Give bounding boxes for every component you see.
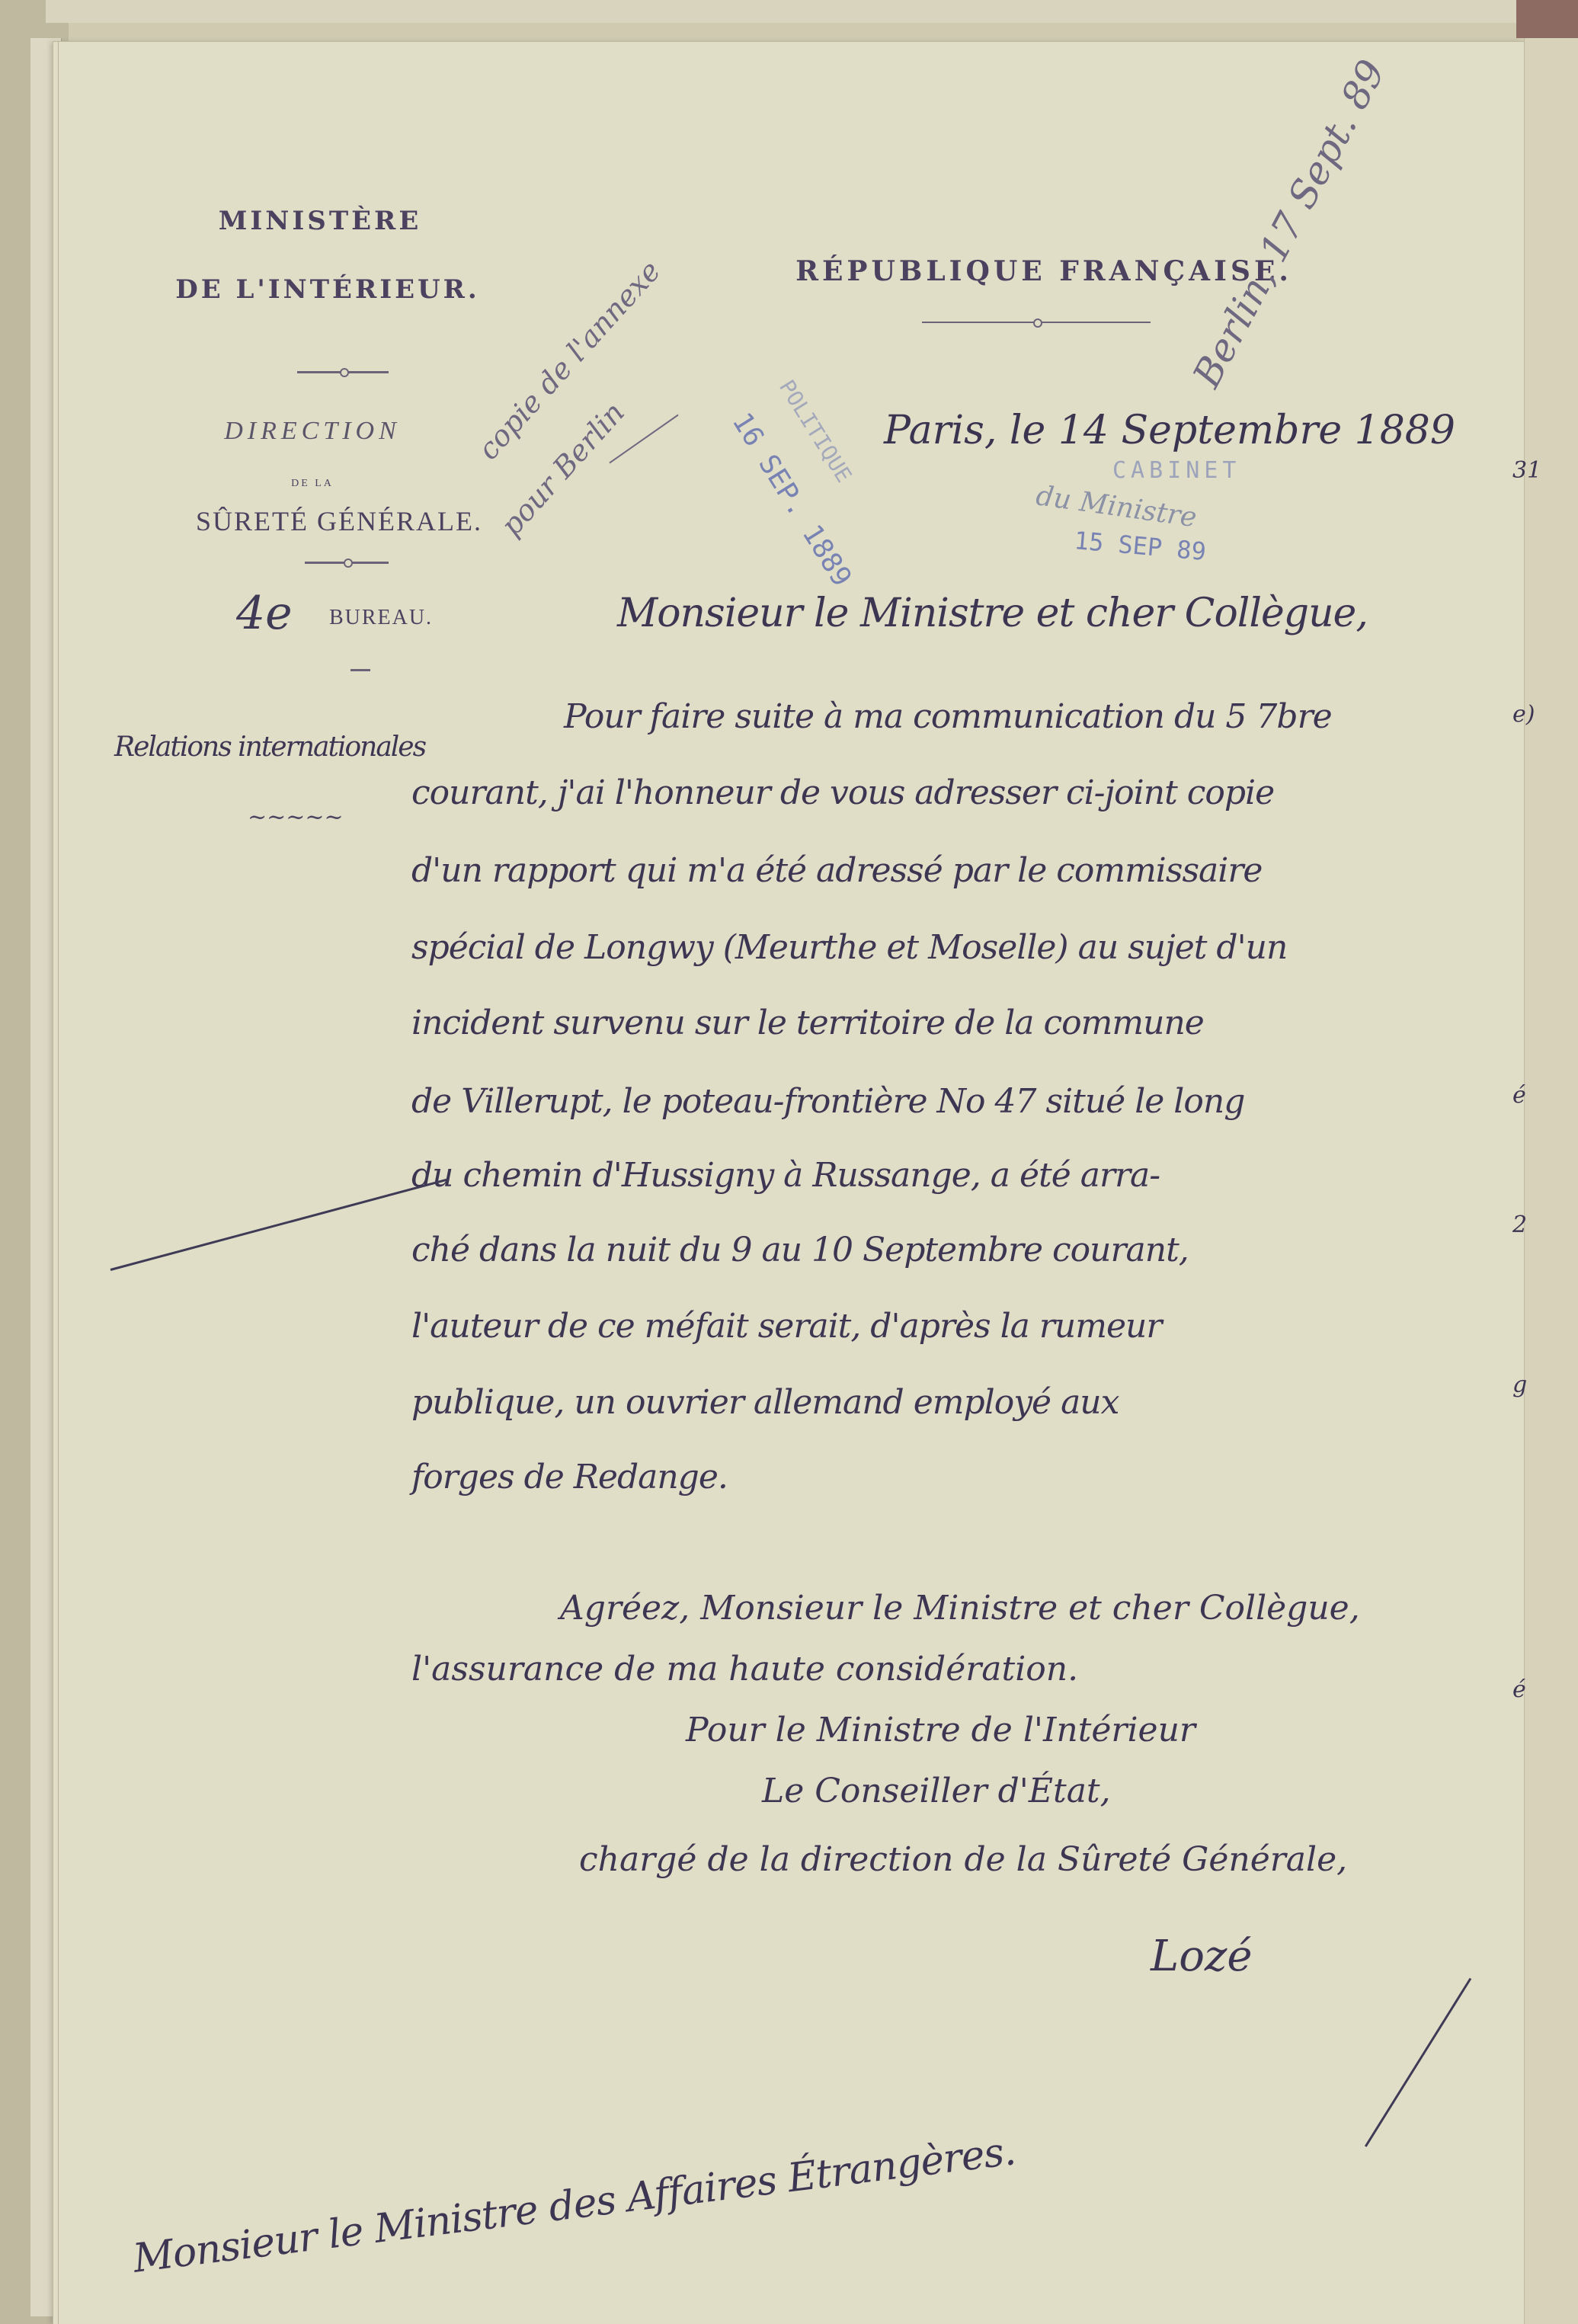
background-sheet-right bbox=[1524, 38, 1578, 2324]
background-object-top-right bbox=[1516, 0, 1578, 38]
edge-mark: 31 bbox=[1512, 457, 1541, 484]
closing-line: l'assurance de ma haute considération. bbox=[411, 1650, 1078, 1689]
letterhead-surete: SÛRETÉ GÉNÉRALE. bbox=[168, 505, 511, 537]
background-sheet-top bbox=[46, 0, 1570, 23]
letterhead-direction: DIRECTION bbox=[190, 417, 434, 446]
salutation: Monsieur le Ministre et cher Collègue, bbox=[617, 591, 1368, 636]
ornament-divider bbox=[922, 322, 1151, 323]
letterhead-bureau: BUREAU. bbox=[320, 606, 442, 630]
stamp-du-ministre: du Ministre bbox=[1034, 480, 1199, 533]
addressee: Monsieur le Ministre des Affaires Étrang… bbox=[130, 2128, 1017, 2282]
closing-line: chargé de la direction de la Sûreté Géné… bbox=[579, 1840, 1347, 1879]
squiggle-mark: ~~~~~ bbox=[248, 804, 344, 831]
signature-flourish bbox=[1365, 1978, 1471, 2147]
edge-mark: 2 bbox=[1512, 1212, 1527, 1238]
body-line: du chemin d'Hussigny à Russange, a été a… bbox=[411, 1156, 1160, 1195]
body-line: Pour faire suite à ma communication du 5… bbox=[564, 697, 1332, 736]
ornament-divider bbox=[305, 562, 389, 564]
body-line: publique, un ouvrier allemand employé au… bbox=[411, 1383, 1119, 1422]
edge-mark: é bbox=[1512, 1082, 1526, 1109]
body-line: d'un rapport qui m'a été adressé par le … bbox=[411, 851, 1262, 890]
margin-diagonal-line bbox=[110, 1178, 450, 1271]
stamp-received-16-sep: 16 SEP. 1889 bbox=[726, 408, 858, 592]
letterhead-interieur: DE L'INTÉRIEUR. bbox=[137, 274, 518, 305]
letter-page: MINISTÈRE DE L'INTÉRIEUR. DIRECTION DE L… bbox=[53, 42, 1524, 2324]
signature: Lozé bbox=[1151, 1932, 1253, 1981]
letterhead-de-la: DE LA bbox=[267, 478, 358, 490]
body-line: l'auteur de ce méfait serait, d'après la… bbox=[411, 1307, 1161, 1346]
edge-mark: é bbox=[1512, 1676, 1526, 1703]
body-line: ché dans la nuit du 9 au 10 Septembre co… bbox=[411, 1231, 1189, 1269]
closing-line: Le Conseiller d'État, bbox=[762, 1772, 1111, 1810]
body-line: de Villerupt, le poteau-frontière No 47 … bbox=[411, 1082, 1244, 1121]
berlin-date-note: Berlin, 17 Sept. 89 bbox=[1184, 53, 1394, 394]
ornament-divider bbox=[297, 371, 389, 373]
body-line: incident survenu sur le territoire de la… bbox=[411, 1004, 1204, 1042]
letterhead-ministry: MINISTÈRE bbox=[206, 206, 434, 236]
edge-mark: e) bbox=[1512, 701, 1535, 728]
bureau-number: 4e bbox=[236, 587, 293, 640]
subject-note: Relations internationales bbox=[114, 731, 425, 763]
stamp-cabinet: CABINET bbox=[1112, 457, 1240, 484]
body-line: forges de Redange. bbox=[411, 1458, 728, 1497]
date-line: Paris, le 14 Septembre 1889 bbox=[884, 408, 1455, 453]
edge-mark: g bbox=[1512, 1372, 1527, 1398]
body-line: spécial de Longwy (Meurthe et Moselle) a… bbox=[411, 928, 1287, 967]
page-edge bbox=[53, 42, 59, 2324]
short-rule bbox=[350, 669, 370, 671]
body-line: courant, j'ai l'honneur de vous adresser… bbox=[411, 773, 1274, 812]
closing-line: Pour le Ministre de l'Intérieur bbox=[686, 1711, 1196, 1749]
closing-line: Agréez, Monsieur le Ministre et cher Col… bbox=[560, 1589, 1360, 1628]
